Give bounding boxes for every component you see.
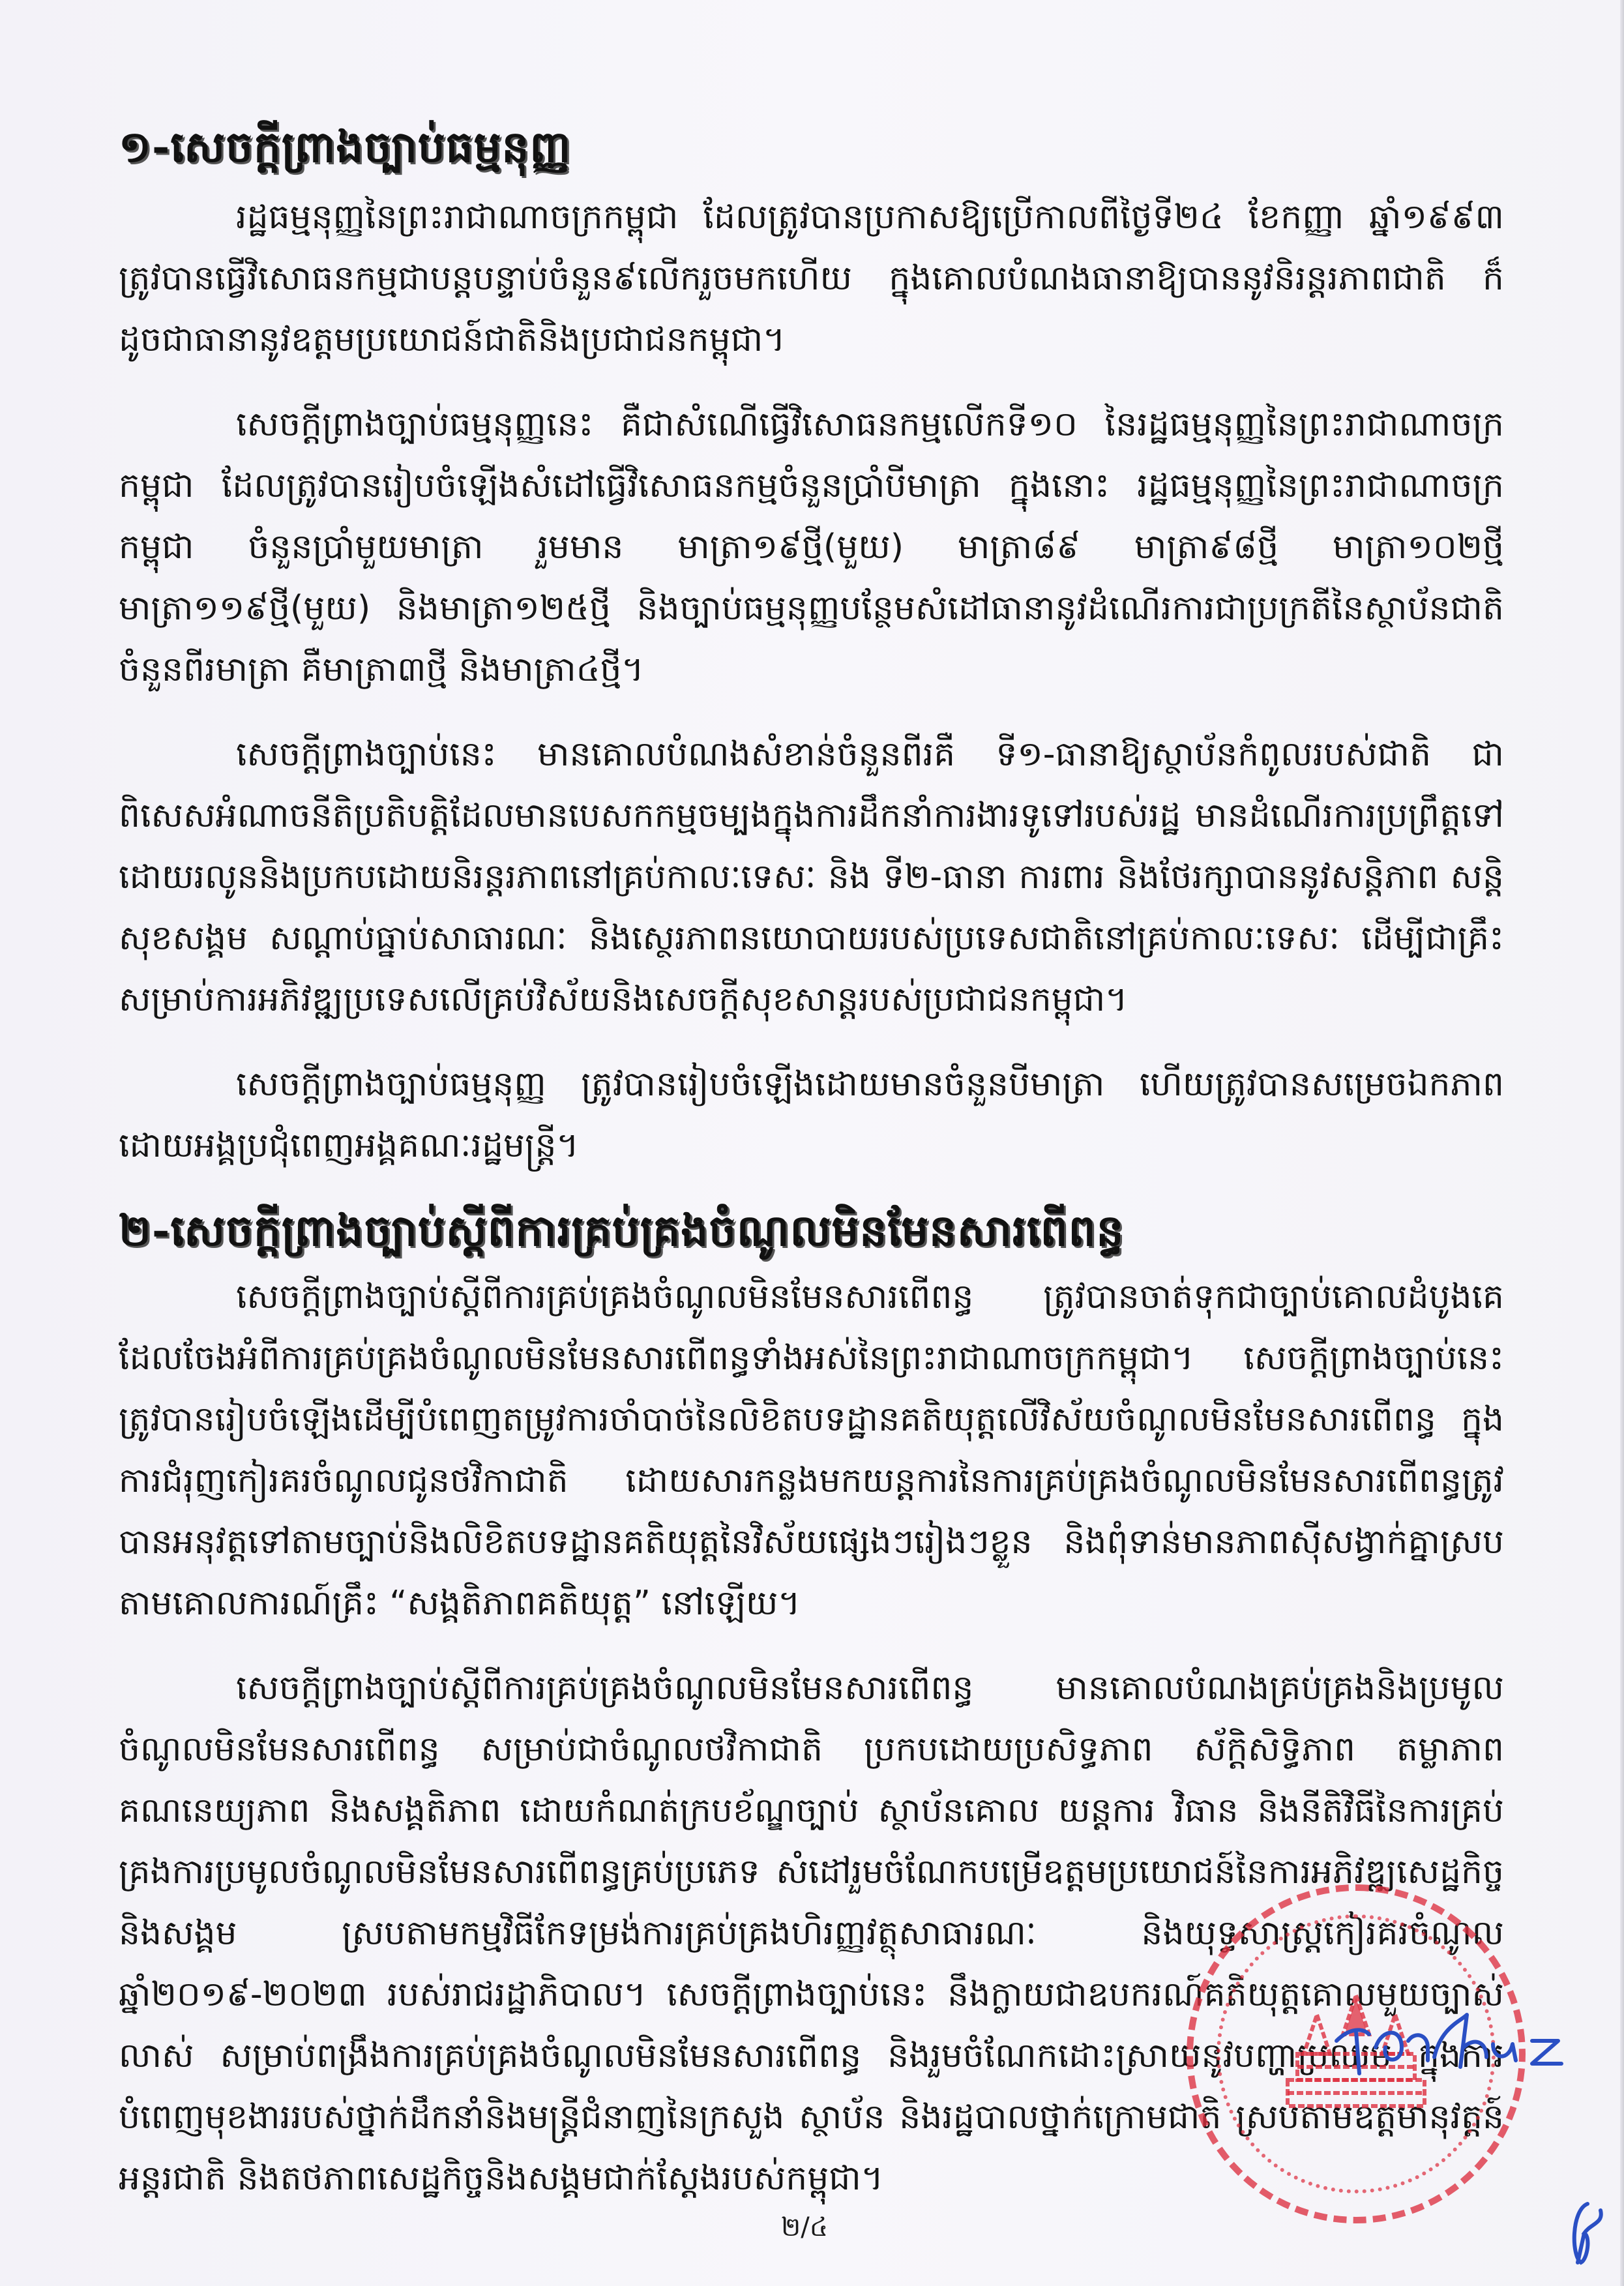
page-edge-shadow (1620, 0, 1624, 2286)
document-page: ១-សេចក្តីព្រាងច្បាប់ធម្មនុញ្ញ រដ្ឋធម្មនុ… (0, 0, 1624, 2286)
handwritten-signature (1330, 2002, 1578, 2080)
section-1-paragraph-1: រដ្ឋធម្មនុញ្ញនៃព្រះរាជាណាចក្រកម្ពុជា ដែល… (119, 186, 1504, 370)
section-1-paragraph-3: សេចក្តីព្រាងច្បាប់នេះ មានគោលបំណងសំខាន់ចំ… (119, 724, 1504, 1030)
section-1-paragraph-2: សេចក្តីព្រាងច្បាប់ធម្មនុញ្ញនេះ គឺជាសំណើធ… (119, 394, 1504, 700)
page-number: ២/៤ (781, 2210, 828, 2249)
section-2-heading: ២-សេចក្តីព្រាងច្បាប់ស្តីពីការគ្រប់គ្រងចំ… (119, 1195, 1504, 1266)
section-1-paragraph-4: សេចក្តីព្រាងច្បាប់ធម្មនុញ្ញ ត្រូវបានរៀបច… (119, 1054, 1504, 1176)
section-2-paragraph-2: សេចក្តីព្រាងច្បាប់ស្តីពីការគ្រប់គ្រងចំណូ… (119, 1657, 1504, 2209)
section-2-paragraph-1: សេចក្តីព្រាងច្បាប់ស្តីពីការគ្រប់គ្រងចំណូ… (119, 1266, 1504, 1634)
document-body: ១-សេចក្តីព្រាងច្បាប់ធម្មនុញ្ញ រដ្ឋធម្មនុ… (119, 111, 1504, 2233)
handwritten-initials (1568, 2197, 1607, 2269)
section-1-heading: ១-សេចក្តីព្រាងច្បាប់ធម្មនុញ្ញ (119, 111, 1504, 183)
